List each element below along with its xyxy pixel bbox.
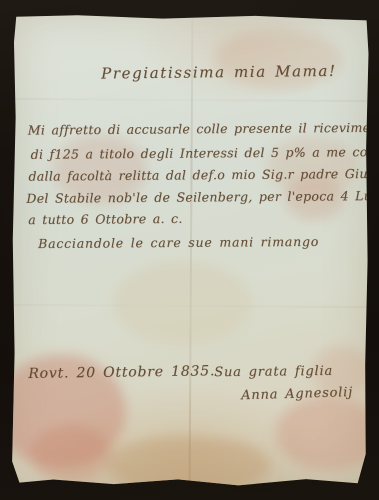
letter-body-line: Bacciandole le care sue mani rimango: [38, 234, 319, 251]
letter-paper: Pregiatissima mia Mama! Mi affretto di a…: [11, 14, 370, 487]
letter-dateline: Rovt. 20 Ottobre 1835.: [28, 363, 215, 382]
foxing-stain: [31, 424, 111, 484]
letter-body-line: Mi affretto di accusarle colle presente …: [28, 120, 379, 138]
letter-body-line: di ƒ125 a titolo degli Interessi del 5 p…: [31, 144, 379, 162]
signature-name: Anna Agnesolij: [241, 385, 353, 403]
letter-salutation: Pregiatissima mia Mama!: [101, 62, 337, 83]
foxing-stain: [276, 396, 379, 472]
photo-mat: Pregiatissima mia Mama! Mi affretto di a…: [0, 0, 379, 500]
foxing-stain: [111, 260, 252, 346]
letter-body-line: dalla facoltà relitta dal def.o mio Sig.…: [28, 166, 379, 184]
letter-body-line: Del Stabile nob'le de Seilenberg, per l'…: [26, 188, 379, 206]
letter-body-line: a tutto 6 Ottobre a. c.: [28, 211, 183, 227]
signature-valediction: Sua grata figlia: [214, 364, 333, 380]
vertical-fold-crease: [189, 15, 194, 486]
